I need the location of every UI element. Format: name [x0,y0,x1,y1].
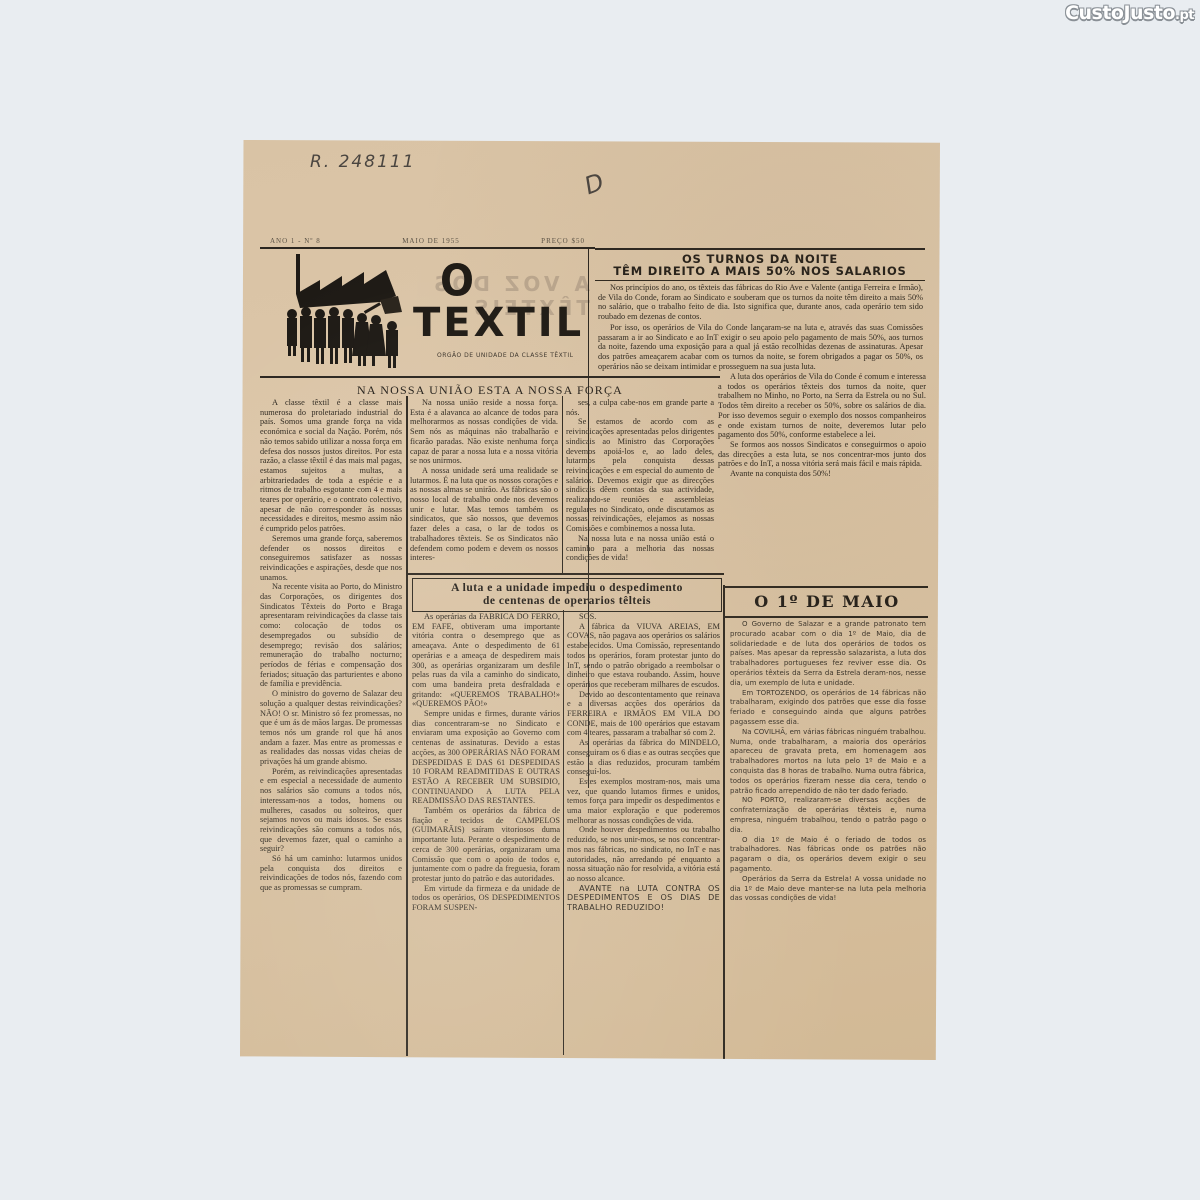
paragraph: Em TORTOZENDO, os operários de 14 fábric… [730,689,926,728]
paragraph: O dia 1º de Maio é o feriado de todos os… [730,836,926,875]
archive-reference-note: R. 248111 [310,152,416,172]
paragraph: Também os operários da fábrica de fiação… [412,806,560,884]
handwritten-mark: D [581,168,608,201]
paragraph: Em virtude da firmeza e da unidade de to… [412,884,560,913]
paragraph: As operárias da fábrica do MINDELO, cons… [567,738,720,777]
maio-left-rule [723,585,725,1060]
paragraph: A nossa unidade será uma realidade se lu… [410,466,558,563]
newspaper-title: TEXTIL [413,300,584,346]
issue-number: ANO 1 - Nº 8 [270,237,321,245]
maio-headline: O 1º DE MAIO [727,592,927,611]
uniao-column-2: Na nossa união reside a nossa força. Est… [410,398,558,574]
issue-date: MAIO DE 1955 [402,237,460,245]
turnos-rule [595,280,925,281]
paragraph: A classe têxtil é a classe mais numerosa… [260,398,402,534]
paragraph: Nos princípios do ano, os têxteis das fá… [598,283,923,322]
paragraph: .pt [1175,8,1194,23]
paragraph: Seremos uma grande força, saberemos defe… [260,534,402,583]
paragraph: A luta e a unidade impediu o despediment… [451,582,683,594]
paragraph: O Governo de Salazar e a grande patronat… [730,620,926,689]
paragraph: O ministro do governo de Salazar deu sol… [260,689,402,767]
luta-headline: A luta e a unidade impediu o despediment… [412,578,722,612]
turnos-body-mid: Por isso, os operários de Vila do Conde … [598,323,923,373]
newspaper-page: R. 248111 D ANO 1 - Nº 8 MAIO DE 1955 PR… [240,140,940,1060]
paragraph: Na nossa união reside a nossa força. Est… [410,398,558,466]
paragraph: Avante na conquista dos 50%! [718,469,926,479]
turnos-headline: OS TURNOS DA NOITE TÊM DIREITO A MAIS 50… [595,253,925,277]
turnos-body-column: A luta dos operários de Vila do Conde é … [718,372,926,594]
uniao-column-3: ses, a culpa cabe-nos em grande parte a … [566,398,714,574]
newspaper-title-o: O [440,256,474,307]
maio-top-rule [724,586,928,588]
paragraph: Sempre unidas e firmes, durante vários d… [412,709,560,806]
paragraph: Operários da Serra da Estrela! A vossa u… [730,875,926,904]
paragraph: Onde houver despedimentos ou trabalho re… [567,825,720,883]
issue-price: PREÇO $50 [541,237,585,245]
paragraph: de centenas de operarios têlteis [483,595,651,607]
paragraph: A fábrica da VIUVA AREIAS, EM COVAS, não… [567,622,720,690]
paragraph: Na recente visita ao Porto, do Ministro … [260,582,402,689]
paragraph: Devido ao descontentamento que reinava e… [567,690,720,739]
issue-info-bar: ANO 1 - Nº 8 MAIO DE 1955 PREÇO $50 [260,237,595,249]
paragraph: Se estamos de acordo com as reivindicaçõ… [566,417,714,533]
paragraph: Estes exemplos mostram-nos, mais uma vez… [567,777,720,826]
uniao-bottom-rule [408,573,724,575]
paragraph: Na COVILHÃ, em várias fábricas ninguém t… [730,728,926,797]
paragraph: Porém, as reivindicações apresentadas e … [260,767,402,854]
factory-workers-woodcut-icon [280,252,420,370]
newspaper-subtitle: ORGÃO DE UNIDADE DA CLASSE TÊXTIL [437,352,573,359]
paragraph: Na nossa luta e na nossa união está o ca… [566,534,714,563]
paragraph: Só há um caminho: lutarmos unidos pela c… [260,854,402,893]
custojusto-watermark: CustoJusto.pt [1065,2,1194,24]
paragraph: A luta dos operários de Vila do Conde é … [718,372,926,440]
column-rule-3 [563,610,564,1055]
maio-column: O Governo de Salazar e a grande patronat… [730,620,926,1060]
column-rule-2 [562,396,563,574]
column-rule-1 [406,396,408,1056]
paragraph: ses, a culpa cabe-nos em grande parte a … [566,398,714,417]
maio-headline-rule [724,616,928,618]
luta-column-2: SOS. A fábrica da VIUVA AREIAS, EM COVAS… [567,612,720,1057]
luta-column-1: As operárias da FABRICA DO FERRO, EM FAF… [412,612,560,1057]
turnos-body-top: Nos princípios do ano, os têxteis das fá… [598,283,923,322]
paragraph: TÊM DIREITO A MAIS 50% NOS SALARIOS [613,264,906,278]
paragraph: As operárias da FABRICA DO FERRO, EM FAF… [412,612,560,709]
uniao-column-1: A classe têxtil é a classe mais numerosa… [260,398,402,1058]
paragraph: SOS. [567,612,720,622]
masthead: A VOZ DOS TÊXTEIS O TEXTIL ORGÃO DE UNID… [260,252,590,372]
paragraph: AVANTE na LUTA CONTRA OS DESPEDIMENTOS E… [567,884,720,913]
paragraph: NO PORTO, realizaram-se diversas acções … [730,796,926,835]
paragraph: Se formos aos nossos Sindicatos e conseg… [718,440,926,469]
paragraph: Por isso, os operários de Vila do Conde … [598,323,923,372]
paragraph: CustoJusto [1065,2,1175,24]
uniao-headline: NA NOSSA UNIÃO ESTA A NOSSA FORÇA [260,376,720,398]
